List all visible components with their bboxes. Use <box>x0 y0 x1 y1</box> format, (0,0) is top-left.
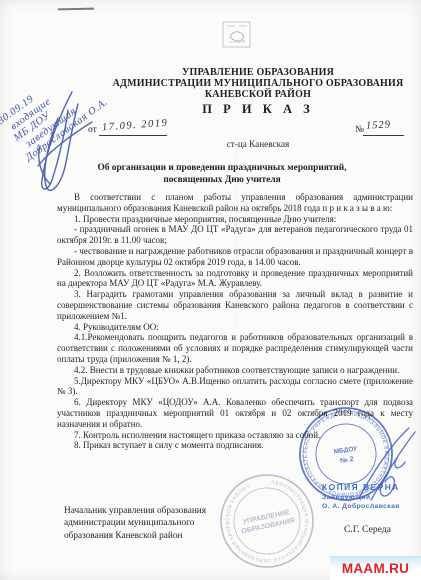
subject-line2: посвященных Дню учителя <box>57 174 387 186</box>
org-header-line1: УПРАВЛЕНИЕ ОБРАЗОВАНИЯ <box>95 67 421 78</box>
date-label: от <box>88 125 97 135</box>
signatory-position-line2: администрации муниципального <box>64 517 254 529</box>
number-label: № <box>355 125 364 135</box>
maam-watermark-text: MAAM.RU <box>342 561 409 576</box>
order-paragraph: - чествование и награждение работников о… <box>57 246 413 268</box>
signatory-position-line3: образования Каневской район <box>64 530 254 542</box>
handwritten-date: 17.09. 2019 <box>102 118 169 134</box>
order-paragraph: 4. Руководителям ОО: <box>57 322 413 333</box>
subject-line1: Об организации и проведении праздничных … <box>57 162 387 174</box>
pen-dash-mark <box>58 8 94 11</box>
order-title: П Р И К А З <box>95 102 421 117</box>
handwritten-signature-right <box>353 424 421 502</box>
signatory-position: Начальник управления образования админис… <box>64 505 254 542</box>
order-subject: Об организации и проведении праздничных … <box>57 162 387 186</box>
org-header-line3: КАНЕВСКОЙ РАЙОН <box>95 89 421 100</box>
scanned-order-document: 30.09.19 входящие МБ ДОУ заведующая Добр… <box>0 0 421 580</box>
date-underline <box>99 135 167 136</box>
copy-stamp-line3: О. А. Доброславская <box>322 502 421 511</box>
signatory-position-line1: Начальник управления образования <box>64 505 254 517</box>
signatory-name: С.Г. Середа <box>344 524 391 535</box>
order-body: В соответствии с планом работы управлени… <box>57 192 413 451</box>
place-line: ст-ца Каневская <box>178 139 338 149</box>
order-paragraph: 4.1.Рекомендовать поощрить педагогов и р… <box>57 332 413 364</box>
order-paragraph: 5.Директору МКУ «ЦБУО» А.В.Ищенко оплати… <box>57 376 413 398</box>
order-paragraph: 2. Возложить ответственность за подготов… <box>57 268 413 290</box>
order-paragraph: В соответствии с планом работы управлени… <box>57 192 413 214</box>
org-header: УПРАВЛЕНИЕ ОБРАЗОВАНИЯ АДМИНИСТРАЦИИ МУН… <box>95 67 421 100</box>
order-paragraph: 1. Провести праздничные мероприятия, пос… <box>57 214 413 225</box>
order-paragraph: - праздничный огонек в МАУ ДО ЦТ «Радуга… <box>57 224 413 246</box>
number-underline <box>363 135 404 136</box>
maam-watermark: MAAM.RU <box>330 556 421 580</box>
org-header-line2: АДМИНИСТРАЦИИ МУНИЦИПАЛЬНОГО ОБРАЗОВАНИЯ <box>95 78 421 89</box>
handwritten-number: 1529 <box>366 119 392 131</box>
coat-of-arms-stamp-icon <box>221 19 253 51</box>
order-paragraph: 4.2. Внести в трудовые книжки работников… <box>57 365 413 376</box>
order-paragraph: 3. Наградить грамотами управления образо… <box>57 289 413 321</box>
